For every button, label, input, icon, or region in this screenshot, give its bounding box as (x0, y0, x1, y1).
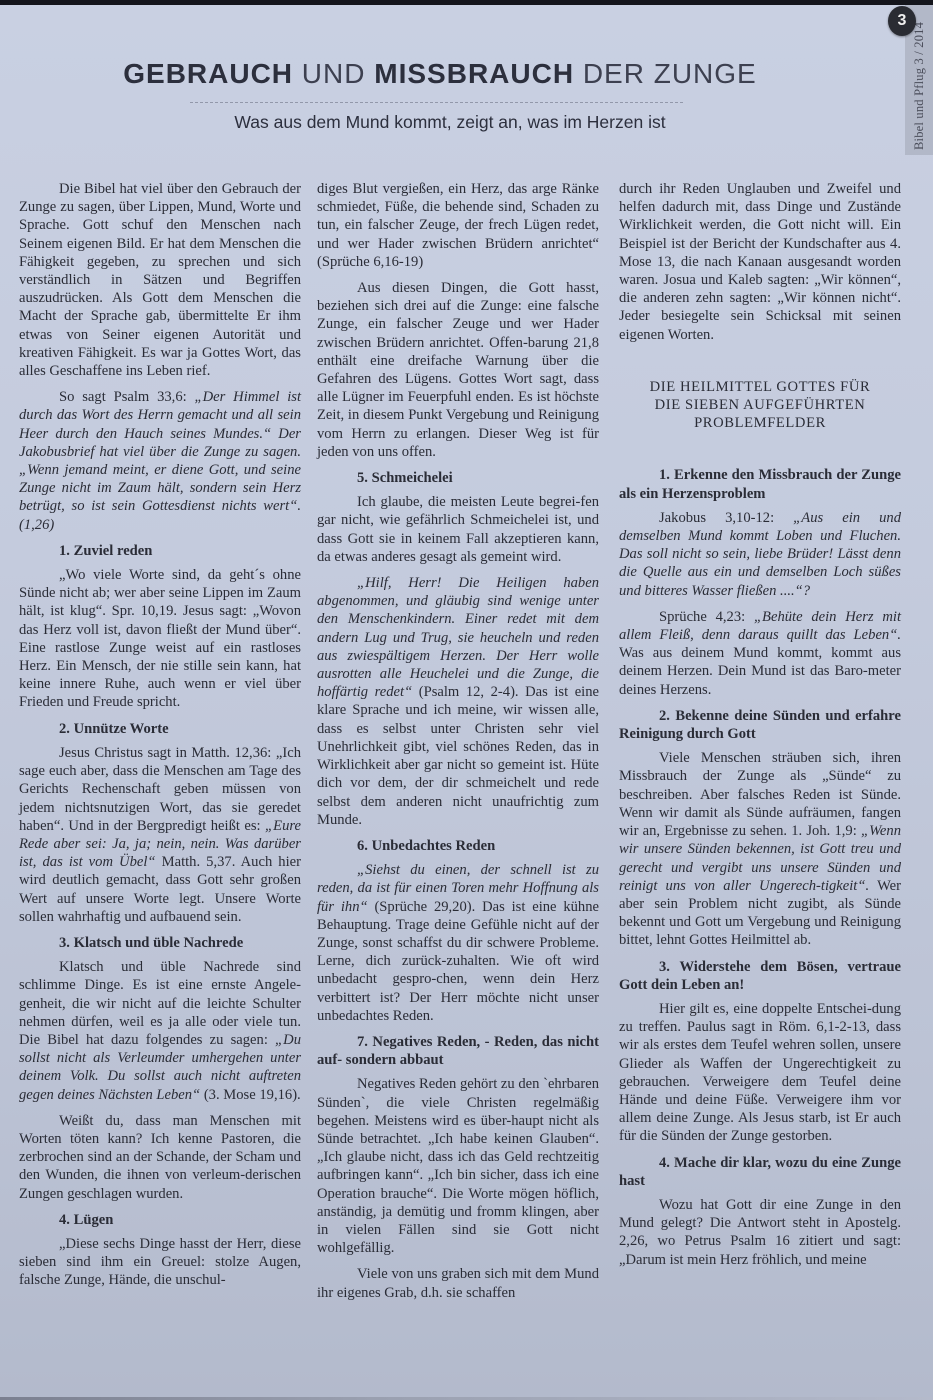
paragraph: So sagt Psalm 33,6: „Der Himmel ist durc… (19, 388, 301, 534)
paragraph: „Diese sechs Dinge hasst der Herr, diese… (19, 1235, 301, 1290)
body-text: Hier gilt es, eine doppelte Entschei-dun… (619, 1001, 901, 1144)
article-subtitle: Was aus dem Mund kommt, zeigt an, was im… (0, 112, 900, 133)
quote-text: „Der Himmel ist durch das Wort des Herrn… (19, 389, 301, 532)
title-divider (190, 102, 683, 103)
body-text: So sagt Psalm 33,6: (59, 389, 195, 405)
section-heading: 3. Klatsch und üble Nachrede (19, 934, 301, 952)
body-text: Aus diesen Dingen, die Gott hasst, bezie… (317, 280, 599, 460)
body-text: (Psalm 12, 2-4). Das ist eine klare Spra… (317, 684, 599, 827)
body-text: Negatives Reden gehört zu den `ehrbaren … (317, 1076, 599, 1256)
section-heading: 7. Negatives Reden, - Reden, das nicht a… (317, 1033, 599, 1069)
body-text: Wozu hat Gott dir eine Zunge in den Mund… (619, 1197, 901, 1268)
body-text: durch ihr Reden Unglauben und Zweifel un… (619, 181, 901, 343)
title-part: GEBRAUCH (123, 58, 293, 89)
paragraph: „Hilf, Herr! Die Heiligen haben abgenomm… (317, 574, 599, 829)
section-heading: 2. Bekenne deine Sünden und erfahre Rein… (619, 707, 901, 743)
paragraph: Aus diesen Dingen, die Gott hasst, bezie… (317, 279, 599, 461)
body-text: Sprüche 4,23: (659, 609, 754, 625)
body-text: Weißt du, dass man Menschen mit Worten t… (19, 1113, 301, 1202)
remedies-heading-line: DIE SIEBEN AUFGEFÜHRTEN (619, 396, 901, 414)
quote-text: „Hilf, Herr! Die Heiligen haben abgenomm… (317, 575, 599, 700)
publication-label: Bibel und Pflug 3 / 2014 (912, 131, 927, 150)
paragraph: Klatsch und üble Nachrede sind schlimme … (19, 958, 301, 1104)
paragraph: durch ihr Reden Unglauben und Zweifel un… (619, 180, 901, 344)
section-heading: 4. Mache dir klar, wozu du eine Zunge ha… (619, 1154, 901, 1190)
title-part: DER ZUNGE (574, 58, 757, 89)
title-part: UND (293, 58, 374, 89)
body-text: Viele Menschen sträuben sich, ihren Miss… (619, 750, 901, 839)
section-heading: 4. Lügen (19, 1211, 301, 1229)
section-heading: 3. Widerstehe dem Bösen, vertraue Gott d… (619, 958, 901, 994)
remedies-heading: DIE HEILMITTEL GOTTES FÜRDIE SIEBEN AUFG… (619, 378, 901, 433)
remedies-heading-line: PROBLEMFELDER (619, 414, 901, 432)
paragraph: Weißt du, dass man Menschen mit Worten t… (19, 1112, 301, 1203)
paragraph: Hier gilt es, eine doppelte Entschei-dun… (619, 1000, 901, 1146)
section-heading: 2. Unnütze Worte (19, 720, 301, 738)
magazine-page: Bibel und Pflug 3 / 2014 3 GEBRAUCH UND … (0, 0, 933, 1400)
body-text: „Wo viele Worte sind, da geht´s ohne Sün… (19, 567, 301, 710)
body-text: Viele von uns graben sich mit dem Mund i… (317, 1266, 599, 1300)
section-heading: 1. Zuviel reden (19, 542, 301, 560)
section-heading: 6. Unbedachtes Reden (317, 837, 599, 855)
text-column-3: durch ihr Reden Unglauben und Zweifel un… (619, 180, 901, 1277)
body-text: Ich glaube, die meisten Leute begrei-fen… (317, 494, 599, 565)
paragraph: Wozu hat Gott dir eine Zunge in den Mund… (619, 1196, 901, 1269)
page-number-badge: 3 (888, 6, 916, 36)
text-column-2: diges Blut vergießen, ein Herz, das arge… (317, 180, 599, 1310)
paragraph: Ich glaube, die meisten Leute begrei-fen… (317, 493, 599, 566)
paragraph: „Wo viele Worte sind, da geht´s ohne Sün… (19, 566, 301, 712)
remedies-heading-line: DIE HEILMITTEL GOTTES FÜR (619, 378, 901, 396)
body-text: (Sprüche 29,20). Das ist eine kühne Beha… (317, 899, 599, 1024)
section-heading: 1. Erkenne den Missbrauch der Zunge als … (619, 466, 901, 502)
article-title: GEBRAUCH UND MISSBRAUCH DER ZUNGE (0, 58, 880, 90)
paragraph: Negatives Reden gehört zu den `ehrbaren … (317, 1075, 599, 1257)
paragraph: „Siehst du einen, der schnell ist zu red… (317, 861, 599, 1025)
paragraph: diges Blut vergießen, ein Herz, das arge… (317, 180, 599, 271)
body-text: Jesus Christus sagt in Matth. 12,36: „Ic… (19, 745, 301, 834)
body-text: Die Bibel hat viel über den Gebrauch der… (19, 181, 301, 379)
paragraph: Jesus Christus sagt in Matth. 12,36: „Ic… (19, 744, 301, 926)
body-text: Was aus deinem Mund kommt, kommt aus dei… (619, 645, 901, 697)
top-edge-bar (0, 0, 933, 5)
body-text: (3. Mose 19,16). (200, 1087, 301, 1103)
paragraph: Jakobus 3,10-12: „Aus ein und demselben … (619, 509, 901, 600)
body-text: „Diese sechs Dinge hasst der Herr, diese… (19, 1236, 301, 1288)
body-text: Klatsch und üble Nachrede sind schlimme … (19, 959, 301, 1048)
text-column-1: Die Bibel hat viel über den Gebrauch der… (19, 180, 301, 1298)
paragraph: Die Bibel hat viel über den Gebrauch der… (19, 180, 301, 380)
paragraph: Sprüche 4,23: „Behüte dein Herz mit alle… (619, 608, 901, 699)
section-heading: 5. Schmeichelei (317, 469, 599, 487)
title-part: MISSBRAUCH (374, 58, 574, 89)
body-text: Jakobus 3,10-12: (659, 510, 793, 526)
body-text: diges Blut vergießen, ein Herz, das arge… (317, 181, 599, 270)
paragraph: Viele von uns graben sich mit dem Mund i… (317, 1265, 599, 1301)
paragraph: Viele Menschen sträuben sich, ihren Miss… (619, 749, 901, 949)
